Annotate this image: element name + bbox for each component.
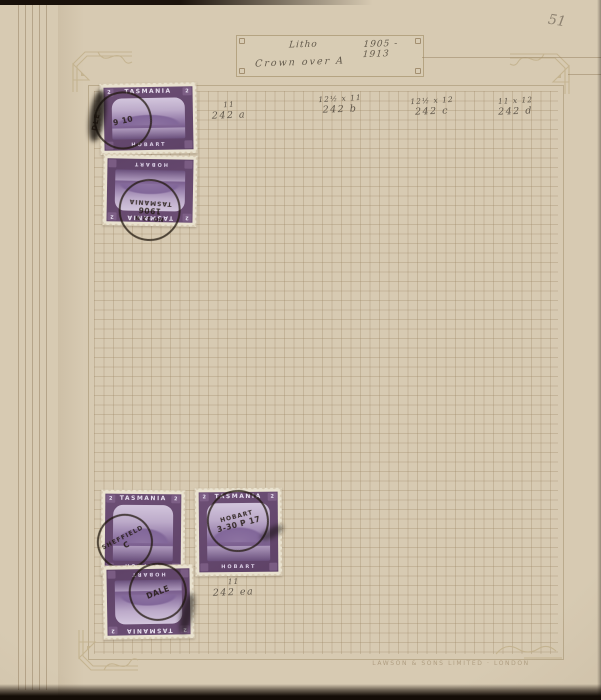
postmark-date: 1906	[138, 205, 161, 216]
stamp-value-label: 2	[106, 495, 115, 503]
stamp-value-label: 2	[108, 627, 117, 635]
stamp: TASMANIA 2 2 HOBART HOBART 3-30 P 17	[195, 488, 283, 577]
postmark-town: TASMANIA	[128, 198, 171, 208]
page-number: 51	[547, 12, 567, 31]
printer-imprint: LAWSON & SONS LIMITED · LONDON	[340, 660, 562, 667]
binding-line	[46, 0, 47, 690]
stamp-value-label: 2	[182, 87, 191, 95]
stamp-corner-ornament	[108, 159, 116, 167]
stamp-corner-ornament	[269, 563, 277, 571]
header-corner-mark	[239, 38, 245, 44]
stamp-value-label: 2	[182, 214, 191, 222]
catalog-number: 242 d	[488, 105, 543, 118]
stamp-corner-ornament	[107, 571, 115, 579]
stamp-value-label: 2	[171, 495, 180, 503]
header-box: Litho 1905 - 1913 Crown over A	[236, 35, 424, 77]
annotation-242b: 12½ x 11 242 b	[310, 94, 370, 115]
stamp-value-label: 2	[200, 493, 209, 501]
catalog-number: 242 b	[310, 103, 370, 116]
album-page-photo: Litho 1905 - 1913 Crown over A 51 11 242…	[0, 0, 601, 700]
binding-line	[18, 0, 19, 690]
annotation-242d: 11 x 12 242 d	[488, 96, 543, 117]
catalog-number: 242 ea	[206, 586, 261, 599]
header-dates: 1905 - 1913	[362, 38, 423, 60]
page-edge-line	[422, 57, 601, 58]
header-subtitle: Crown over A	[255, 55, 346, 69]
header-title: Litho	[289, 39, 318, 50]
postmark-numerals: 9 10	[112, 114, 134, 127]
header-corner-mark	[239, 68, 245, 74]
corner-ornament-top-right-icon	[508, 48, 572, 96]
catalog-number: 242 a	[203, 109, 255, 122]
stamp: TASMANIA 2 2 HOBART NO 12 N 1906 TASMANI…	[102, 154, 197, 227]
binding-line	[25, 0, 26, 690]
annotation-242a: 11 242 a	[203, 100, 255, 121]
stamp-value-label: 2	[107, 212, 116, 220]
postmark-town: DALE	[145, 583, 171, 600]
stamp-value-label: 2	[268, 493, 277, 501]
annotation-242c: 12½ x 12 242 c	[402, 96, 462, 117]
page-crease	[58, 0, 84, 700]
stamp-country-label: TASMANIA	[116, 495, 170, 502]
binding-line	[32, 0, 33, 690]
stamp-city-label: HOBART	[121, 160, 179, 167]
catalog-number: 242 c	[402, 105, 462, 118]
stamp-country-label: TASMANIA	[118, 626, 179, 634]
postmark-code: C	[122, 540, 131, 551]
photo-edge-bottom	[0, 684, 601, 700]
stamp-corner-ornament	[184, 161, 192, 169]
stamp: TASMANIA 2 2 HOBART SHEFFIELD C	[101, 490, 186, 577]
binding-line	[39, 0, 40, 690]
stamp-city-label: HOBART	[213, 564, 264, 570]
photo-edge-top	[0, 0, 601, 5]
stamp: TASMANIA 2 2 HOBART 9 10 DLE	[99, 82, 197, 155]
stamp-corner-ornament	[184, 140, 192, 148]
corner-ornament-bottom-right-icon	[494, 640, 564, 660]
stamp: TASMANIA 2 2 HOBART DALE	[102, 564, 194, 640]
annotation-242ea: 11 242 ea	[206, 577, 261, 598]
photo-edge-right	[597, 0, 601, 700]
postmark-town: SHEFFIELD	[101, 524, 145, 551]
stamp-corner-ornament	[200, 563, 208, 571]
header-corner-mark	[415, 68, 421, 74]
